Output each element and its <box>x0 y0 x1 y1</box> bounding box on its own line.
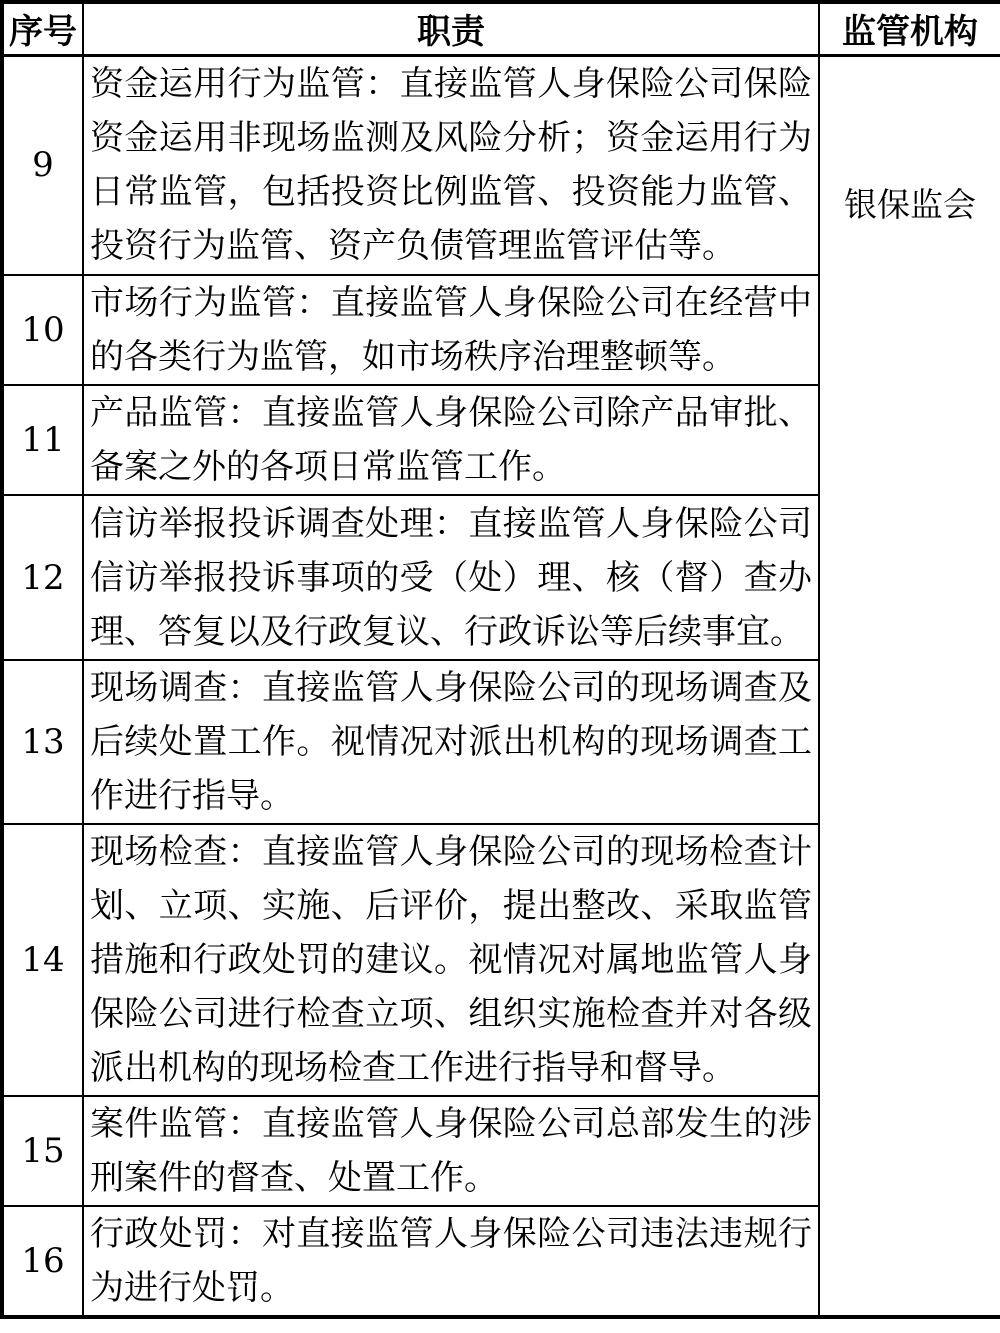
serial-cell: 12 <box>2 495 83 660</box>
header-row: 序号 职责 监管机构 <box>2 2 1000 55</box>
serial-cell: 10 <box>2 275 83 385</box>
serial-cell: 16 <box>2 1206 83 1317</box>
col-header-duty: 职责 <box>83 2 819 55</box>
serial-cell: 14 <box>2 824 83 1096</box>
duty-cell: 市场行为监管：直接监管人身保险公司在经营中的各类行为监管，如市场秩序治理整顿等。 <box>83 275 819 385</box>
serial-cell: 15 <box>2 1096 83 1206</box>
serial-cell: 11 <box>2 385 83 495</box>
duty-cell: 现场检查：直接监管人身保险公司的现场检查计划、立项、实施、后评价，提出整改、采取… <box>83 824 819 1096</box>
serial-cell: 9 <box>2 55 83 275</box>
table-row: 9 资金运用行为监管：直接监管人身保险公司保险资金运用非现场监测及风险分析；资金… <box>2 55 1000 275</box>
col-header-agency: 监管机构 <box>819 2 1000 55</box>
duty-cell: 现场调查：直接监管人身保险公司的现场调查及后续处置工作。视情况对派出机构的现场调… <box>83 660 819 824</box>
duty-cell: 产品监管：直接监管人身保险公司除产品审批、备案之外的各项日常监管工作。 <box>83 385 819 495</box>
agency-cell: 银保监会 <box>819 55 1000 1317</box>
serial-cell: 13 <box>2 660 83 824</box>
duty-cell: 行政处罚：对直接监管人身保险公司违法违规行为进行处罚。 <box>83 1206 819 1317</box>
duty-cell: 信访举报投诉调查处理：直接监管人身保险公司信访举报投诉事项的受（处）理、核（督）… <box>83 495 819 660</box>
duty-cell: 资金运用行为监管：直接监管人身保险公司保险资金运用非现场监测及风险分析；资金运用… <box>83 55 819 275</box>
duty-cell: 案件监管：直接监管人身保险公司总部发生的涉刑案件的督查、处置工作。 <box>83 1096 819 1206</box>
col-header-serial: 序号 <box>2 2 83 55</box>
duties-table: 序号 职责 监管机构 9 资金运用行为监管：直接监管人身保险公司保险资金运用非现… <box>0 0 1000 1319</box>
